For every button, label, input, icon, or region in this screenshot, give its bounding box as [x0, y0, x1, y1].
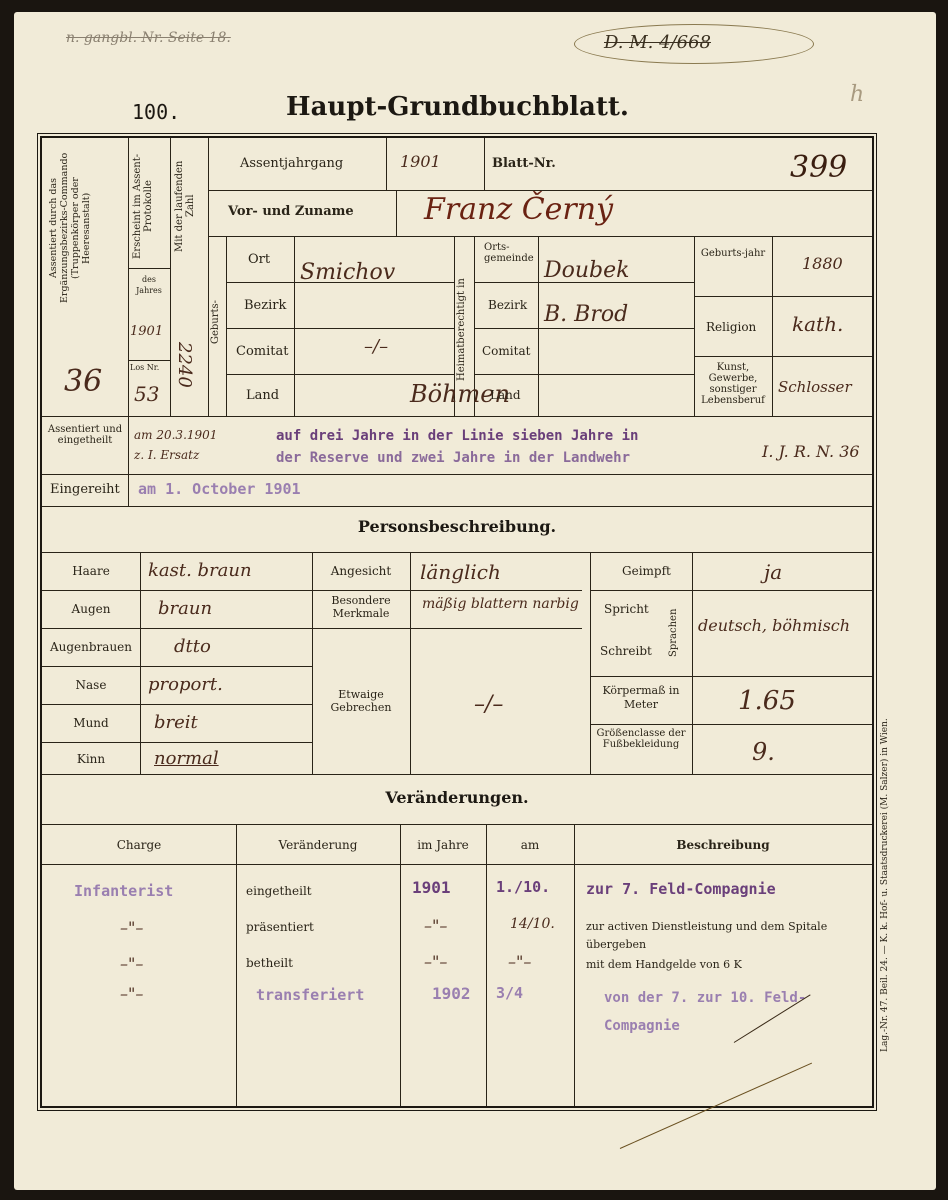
mund-label: Mund	[44, 716, 138, 730]
geburtsjahr-value: 1880	[802, 254, 843, 273]
ref-number: D. M. 4/668	[604, 32, 711, 53]
row4-veraenderung: transferiert	[256, 986, 364, 1004]
groesse-value: 9.	[752, 738, 775, 766]
row1-jahr: 1901	[412, 878, 451, 897]
los-nr-label: Los Nr.	[130, 362, 159, 373]
geburtsjahr-label: Geburts-jahr	[698, 248, 768, 259]
row3-am: –"–	[508, 952, 531, 971]
veraenderungen-title: Veränderungen.	[42, 788, 872, 807]
row4-charge: –"–	[120, 984, 143, 1003]
merkmale-label: Besondere Merkmale	[314, 594, 408, 620]
heimat-land-label: Land	[490, 388, 521, 402]
row1-charge: Infanterist	[74, 882, 173, 900]
kinn-value: normal	[154, 748, 219, 769]
row4-am: 3/4	[496, 984, 523, 1002]
nase-label: Nase	[44, 678, 138, 692]
angesicht-label: Angesicht	[314, 564, 408, 578]
document-page: n. gangbl. Nr. Seite 18. D. M. 4/668 100…	[14, 12, 936, 1190]
row3-veraenderung: betheilt	[246, 956, 293, 970]
bezirk-label: Bezirk	[244, 298, 286, 313]
heimat-bezirk-label: Bezirk	[488, 298, 527, 312]
geimpft-value: ja	[764, 560, 782, 584]
ort-label: Ort	[248, 252, 270, 267]
haare-label: Haare	[44, 564, 138, 578]
augenbrauen-label: Augenbrauen	[44, 640, 138, 654]
assentiert-date: am 20.3.1901	[134, 428, 217, 442]
groesse-label: Größenclasse der Fußbekleidung	[594, 728, 688, 750]
augen-label: Augen	[44, 602, 138, 616]
col-veraenderung: Veränderung	[236, 838, 400, 852]
assentiert-stamp-line2: der Reserve und zwei Jahre in der Landwe…	[276, 450, 630, 466]
row2-charge: –"–	[120, 918, 143, 937]
laufende-zahl-value: 2240	[174, 342, 195, 388]
religion-value: kath.	[792, 312, 843, 336]
ort-value: Smichov	[300, 260, 395, 285]
assentjahrgang-value: 1901	[400, 152, 441, 171]
name-label: Vor- und Zuname	[228, 204, 354, 219]
struck-note: n. gangbl. Nr. Seite 18.	[66, 30, 231, 46]
assentiert-durch-label: Assentiert durch das Ergänzungsbezirks-C…	[48, 148, 122, 308]
land-label: Land	[246, 388, 279, 403]
sprachen-value: deutsch, böhmisch	[698, 616, 850, 635]
row3-charge: –"–	[120, 954, 143, 973]
des-jahres-label: des Jahres	[130, 274, 168, 296]
assent-protokolle-label: Erscheint im Assent-Protokolle	[132, 148, 166, 264]
row4-beschreibung: von der 7. zur 10. Feld-Compagnie	[604, 984, 824, 1040]
assentiert-ersatz: z. I. Ersatz	[134, 448, 199, 462]
mund-value: breit	[154, 712, 198, 733]
assentiert-label: Assentiert und eingetheilt	[44, 424, 126, 446]
laufende-zahl-label: Mit der laufenden Zahl	[174, 148, 204, 264]
eingereiht-label: Eingereiht	[50, 482, 120, 497]
gebrechen-label: Etwaige Gebrechen	[314, 688, 408, 714]
geimpft-label: Geimpft	[622, 564, 671, 578]
heimatberechtigt-label: Heimatberechtigt in	[456, 250, 472, 410]
printer-imprint: Lag.-Nr. 47. Beil. 24. — K. k. Hof- u. S…	[880, 612, 894, 1052]
kinn-label: Kinn	[44, 752, 138, 766]
heimat-comitat-label: Comitat	[482, 344, 530, 358]
sprachen-label: Sprachen	[668, 598, 682, 668]
comitat-value: –/–	[364, 336, 388, 357]
personsbeschreibung-title: Personsbeschreibung.	[42, 517, 872, 536]
assentiert-durch-value: 36	[64, 364, 102, 399]
los-nr-value: 53	[134, 382, 159, 406]
assentiert-stamp-line1: auf drei Jahre in der Linie sieben Jahre…	[276, 428, 638, 444]
row2-am: 14/10.	[510, 916, 555, 932]
angesicht-value: länglich	[420, 560, 501, 584]
row1-beschreibung: zur 7. Feld-Compagnie	[586, 880, 776, 898]
schreibt-label: Schreibt	[600, 644, 652, 658]
protokoll-year-value: 1901	[130, 324, 163, 339]
beruf-value: Schlosser	[778, 378, 852, 396]
augenbrauen-value: dtto	[174, 636, 211, 657]
col-jahr: im Jahre	[400, 838, 486, 852]
merkmale-value: mäßig blattern narbig	[422, 596, 588, 612]
row2-beschreibung: zur activen Dienstleistung und dem Spita…	[586, 918, 868, 954]
haare-value: kast. braun	[148, 560, 252, 581]
row2-veraenderung: präsentiert	[246, 920, 314, 934]
row-number: 100.	[132, 100, 180, 124]
name-value: Franz Černý	[424, 192, 613, 227]
row2-jahr: –"–	[424, 916, 447, 935]
religion-label: Religion	[706, 320, 756, 334]
row3-beschreibung: mit dem Handgelde von 6 K	[586, 958, 742, 971]
nase-value: proport.	[148, 674, 223, 695]
geburts-label: Geburts-	[210, 292, 224, 352]
ortsgemeinde-value: Doubek	[544, 258, 630, 283]
corner-mark: h	[850, 82, 864, 107]
row4-jahr: 1902	[432, 984, 471, 1003]
blatt-nr-label: Blatt-Nr.	[492, 156, 556, 171]
koerpermass-label: Körpermaß in Meter	[594, 684, 688, 712]
koerpermass-value: 1.65	[738, 686, 796, 716]
page-title: Haupt-Grundbuchblatt.	[286, 92, 629, 122]
spricht-label: Spricht	[604, 602, 649, 616]
beruf-label: Kunst, Gewerbe, sonstiger Lebensberuf	[696, 362, 770, 406]
blatt-nr-value: 399	[790, 150, 847, 185]
augen-value: braun	[158, 598, 212, 619]
row3-jahr: –"–	[424, 952, 447, 971]
col-charge: Charge	[42, 838, 236, 852]
row1-am: 1./10.	[496, 878, 550, 896]
assentjahrgang-label: Assentjahrgang	[240, 156, 343, 171]
assentiert-unit: I. J. R. N. 36	[762, 442, 860, 461]
col-am: am	[486, 838, 574, 852]
col-beschreibung: Beschreibung	[574, 838, 872, 852]
heimat-bezirk-value: B. Brod	[544, 302, 628, 327]
gebrechen-value: –/–	[474, 692, 503, 717]
eingereiht-value: am 1. October 1901	[138, 480, 301, 498]
comitat-label: Comitat	[236, 344, 288, 359]
row1-veraenderung: eingetheilt	[246, 884, 312, 898]
ortsgemeinde-label: Orts-gemeinde	[484, 242, 534, 264]
